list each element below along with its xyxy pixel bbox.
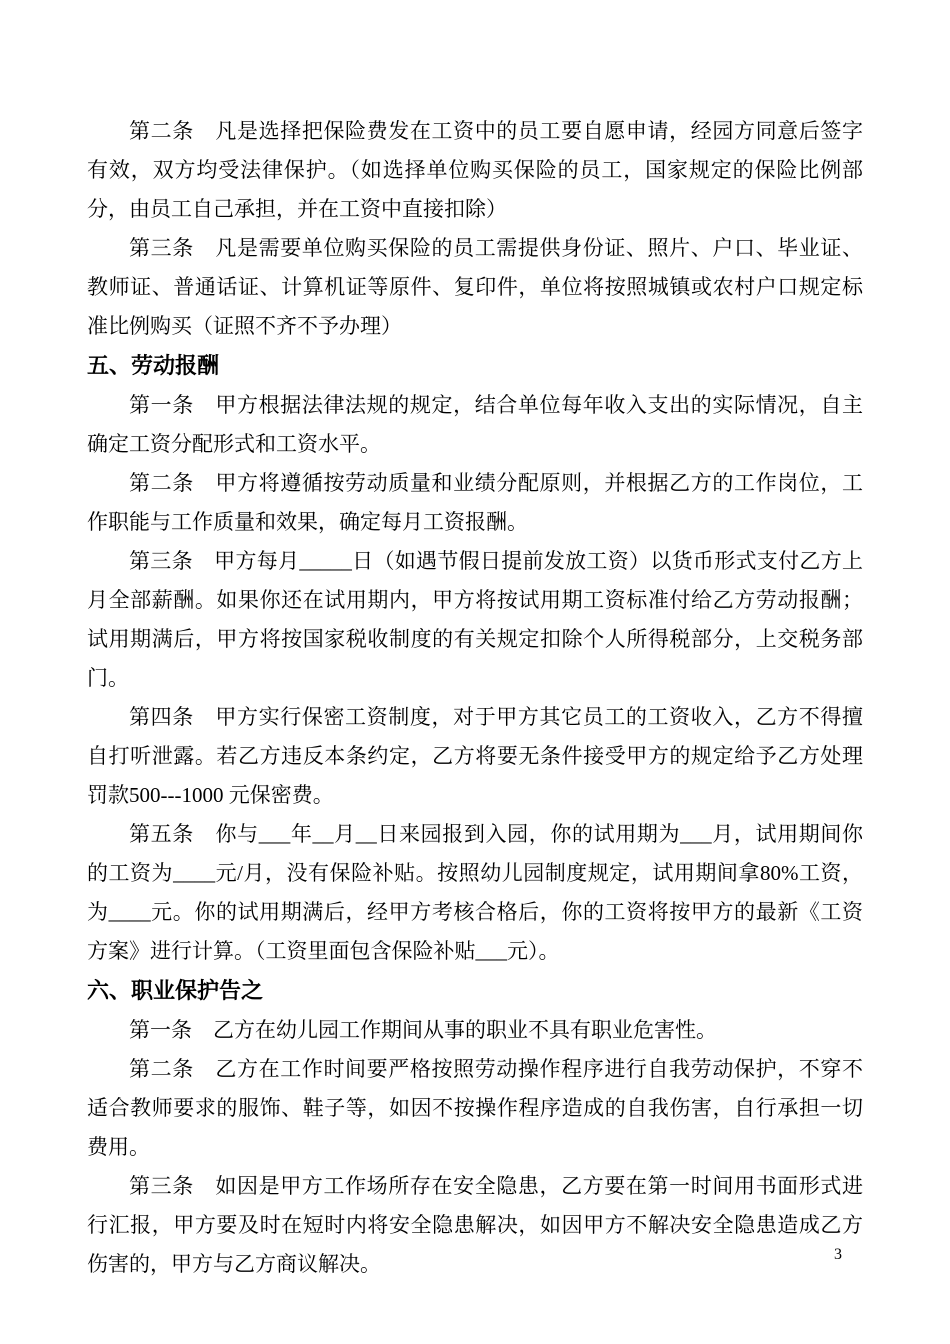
- paragraph-safety-hazard-reporting: 第三条 如因是甲方工作场所存在安全隐患，乙方要在第一时间用书面形式进行汇报，甲方…: [87, 1167, 863, 1284]
- paragraph-salary-confidentiality: 第四条 甲方实行保密工资制度，对于甲方其它员工的工资收入，乙方不得擅自打听泄露。…: [87, 698, 863, 815]
- document-body: 第二条 凡是选择把保险费发在工资中的员工要自愿申请，经园方同意后签字有效，双方均…: [87, 112, 863, 1284]
- paragraph-insurance-in-salary: 第二条 凡是选择把保险费发在工资中的员工要自愿申请，经园方同意后签字有效，双方均…: [87, 112, 863, 229]
- section-heading-occupational-protection: 六、职业保护告之: [87, 971, 863, 1011]
- document-page: 第二条 凡是选择把保险费发在工资中的员工要自愿申请，经园方同意后签字有效，双方均…: [0, 0, 950, 1344]
- paragraph-self-protection-rules: 第二条 乙方在工作时间要严格按照劳动操作程序进行自我劳动保护，不穿不适合教师要求…: [87, 1050, 863, 1167]
- paragraph-no-occupational-hazard: 第一条 乙方在幼儿园工作期间从事的职业不具有职业危害性。: [87, 1011, 863, 1050]
- section-heading-labor-compensation: 五、劳动报酬: [87, 346, 863, 386]
- paragraph-wage-distribution-principle: 第二条 甲方将遵循按劳动质量和业绩分配原则，并根据乙方的工作岗位，工作职能与工作…: [87, 464, 863, 542]
- paragraph-wage-determination: 第一条 甲方根据法律法规的规定，结合单位每年收入支出的实际情况，自主确定工资分配…: [87, 386, 863, 464]
- paragraph-probation-salary: 第五条 你与___年__月__日来园报到入园，你的试用期为___月，试用期间你的…: [87, 815, 863, 971]
- paragraph-insurance-documents: 第三条 凡是需要单位购买保险的员工需提供身份证、照片、户口、毕业证、教师证、普通…: [87, 229, 863, 346]
- paragraph-monthly-pay-date: 第三条 甲方每月_____日（如遇节假日提前发放工资）以货币形式支付乙方上月全部…: [87, 542, 863, 698]
- page-number: 3: [834, 1245, 842, 1265]
